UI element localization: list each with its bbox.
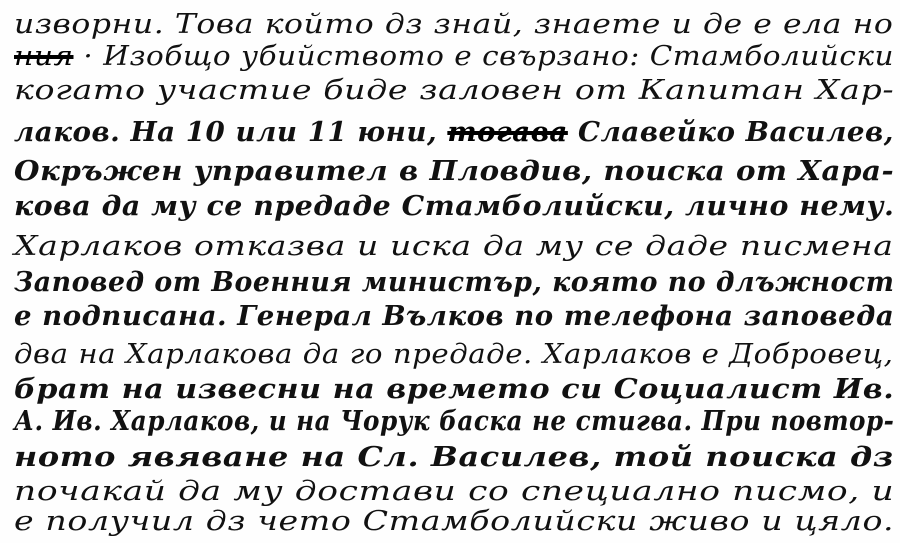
line-text: кова да му се предаде Стамболийски, личн…	[14, 191, 894, 222]
line-text: лаков. На 10 или 11 юни,	[14, 117, 437, 148]
text-line-12: А. Ив. Харлаков, и на Чорук баска не сти…	[14, 405, 894, 439]
manuscript-page: изворни. Това който дз знай, знаете и де…	[0, 0, 900, 543]
line-text-continued: Славейко Василев,	[578, 117, 894, 148]
text-line-15: е получил дз чето Стамболийски живо и ця…	[14, 505, 894, 539]
struck-word: ния	[14, 41, 73, 72]
text-line-9: е подписана. Генерал Вълков по телефона …	[14, 300, 894, 334]
text-line-13: ното явяване на Сл. Василев, той поиска …	[14, 441, 894, 475]
text-line-4: лаков. На 10 или 11 юни, тогава Славейко…	[14, 116, 894, 150]
line-text: когато участие биде заловен от Капитан Х…	[14, 75, 894, 106]
line-text: брат на извесни на времето си Социалист …	[14, 374, 894, 405]
text-line-11: брат на извесни на времето си Социалист …	[14, 373, 894, 407]
text-line-5: Окръжен управител в Пловдив, поиска от Х…	[14, 155, 894, 189]
text-line-1: изворни. Това който дз знай, знаете и де…	[14, 8, 893, 42]
line-text: е получил дз чето Стамболийски живо и ця…	[14, 506, 894, 537]
text-line-10: два на Харлакова да го предаде. Харлаков…	[14, 338, 893, 372]
line-text: изворни. Това който дз знай, знаете и де…	[14, 9, 893, 40]
line-text: · Изобщо убийството е свързано: Стамболи…	[83, 41, 894, 72]
text-line-7: Харлаков отказва и иска да му се даде пи…	[14, 230, 894, 264]
text-line-2: ния · Изобщо убийството е свързано: Стам…	[14, 40, 894, 74]
text-line-8: Заповед от Военния министър, която по дл…	[14, 266, 894, 300]
text-line-3: когато участие биде заловен от Капитан Х…	[14, 74, 894, 108]
line-text: А. Ив. Харлаков, и на Чорук баска не сти…	[14, 406, 894, 437]
line-text: почакай да му достави со специално писмо…	[14, 476, 894, 507]
text-line-6: кова да му се предаде Стамболийски, личн…	[14, 190, 894, 224]
line-text: Заповед от Военния министър, която по дл…	[14, 267, 894, 298]
text-line-14: почакай да му достави со специално писмо…	[14, 475, 894, 509]
line-text: Окръжен управител в Пловдив, поиска от Х…	[14, 156, 894, 187]
line-text: е подписана. Генерал Вълков по телефона …	[14, 301, 894, 332]
line-text: ното явяване на Сл. Василев, той поиска …	[14, 442, 894, 473]
line-text: Харлаков отказва и иска да му се даде пи…	[14, 231, 894, 262]
struck-word: тогава	[447, 117, 568, 148]
line-text: два на Харлакова да го предаде. Харлаков…	[14, 339, 893, 370]
